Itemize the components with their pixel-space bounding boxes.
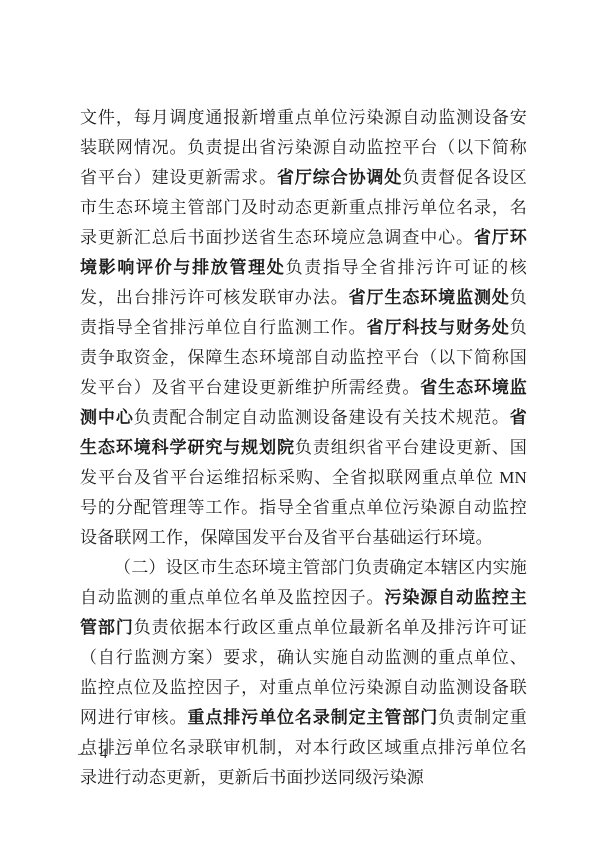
- document-page: 文件，每月调度通报新增重点单位污染源自动监测设备安装联网情况。负责提出省污染源自…: [0, 0, 600, 848]
- paragraph: 文件，每月调度通报新增重点单位污染源自动监测设备安装联网情况。负责提出省污染源自…: [80, 103, 527, 553]
- document-body: 文件，每月调度通报新增重点单位污染源自动监测设备安装联网情况。负责提出省污染源自…: [80, 103, 527, 793]
- paragraph: （二）设区市生态环境主管部门负责确定本辖区内实施自动监测的重点单位名单及监控因子…: [80, 553, 527, 793]
- org-name-emphasis: 重点排污单位名录制定主管部门: [187, 708, 438, 727]
- page-number: — 4 —: [78, 746, 132, 763]
- text-segment: 负责配合制定自动监测设备建设有关技术规范。: [134, 408, 510, 427]
- org-name-emphasis: 省厅科技与财务处: [367, 318, 510, 337]
- org-name-emphasis: 省厅生态环境监测处: [349, 288, 510, 307]
- org-name-emphasis: 省厅综合协调处: [277, 168, 402, 187]
